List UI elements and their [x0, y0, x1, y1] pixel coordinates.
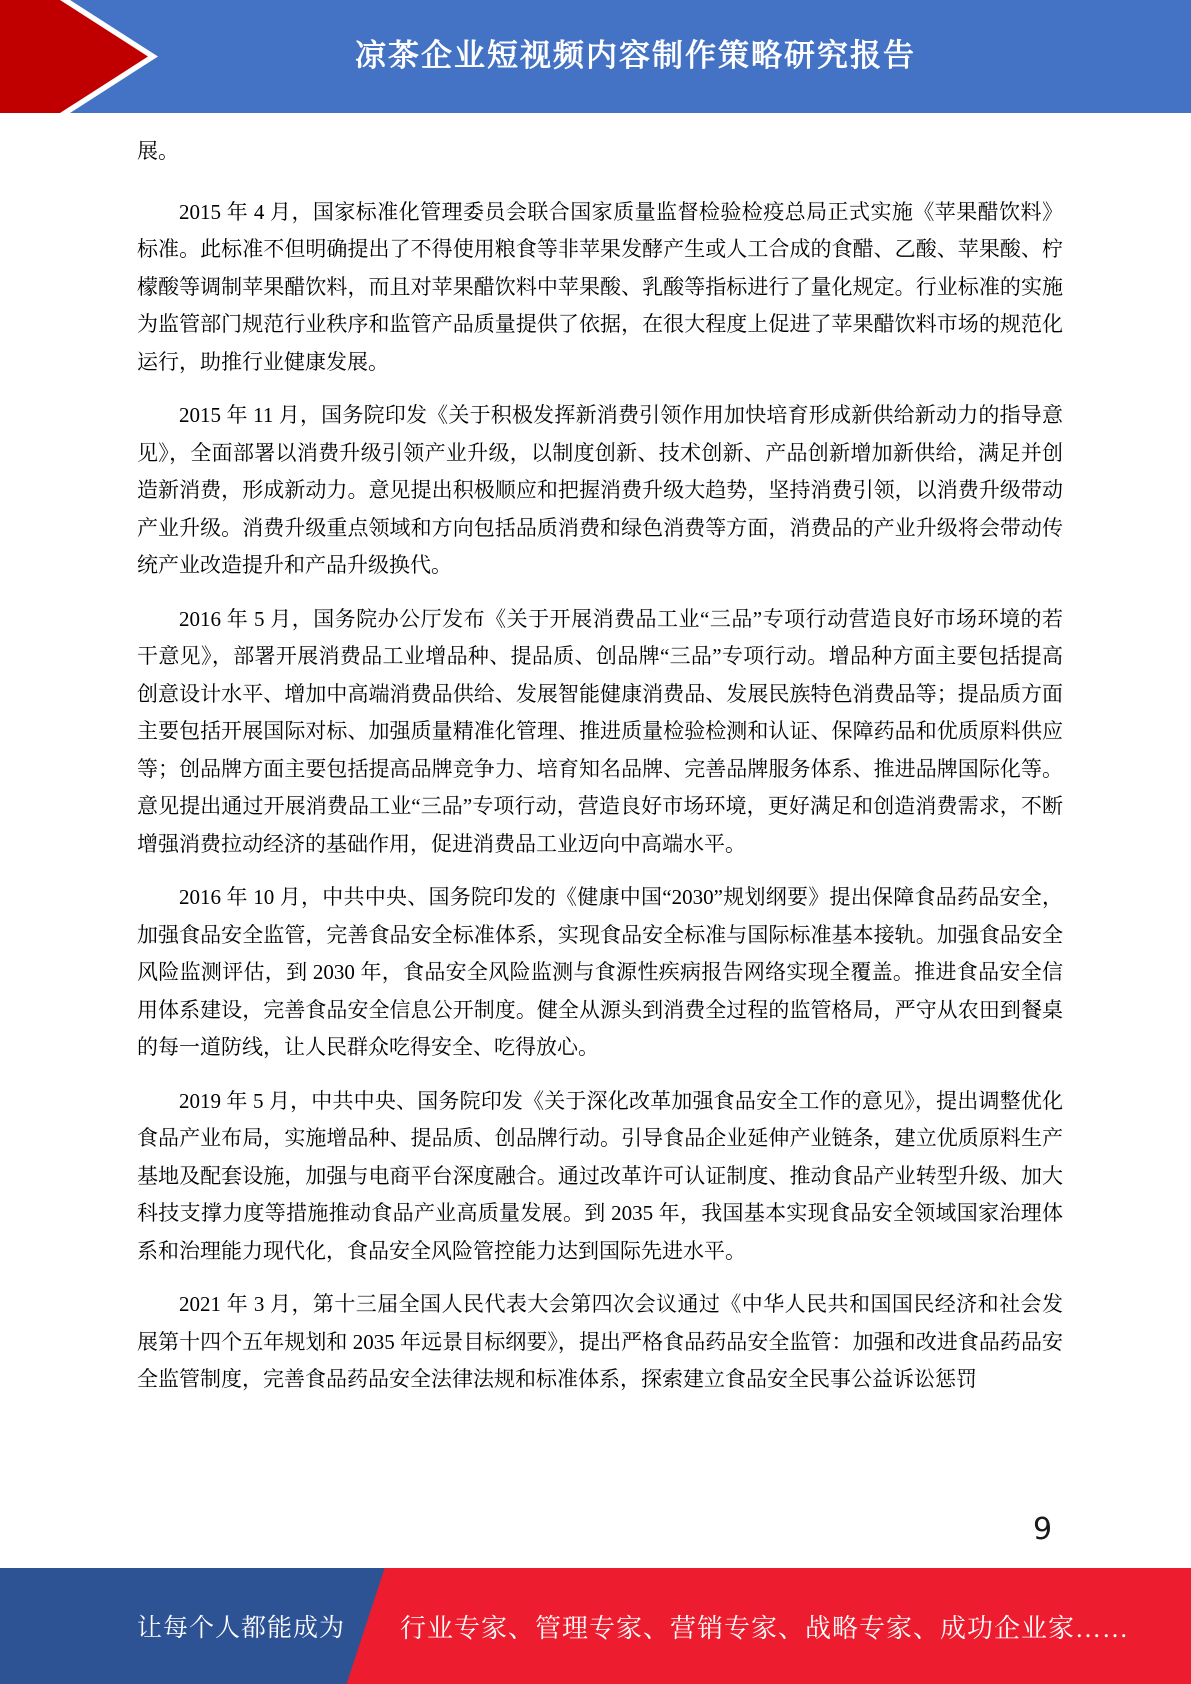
- body-paragraph-continuation: 展。: [137, 133, 1063, 171]
- body-paragraph: 2016 年 10 月，中共中央、国务院印发的《健康中国“2030”规划纲要》提…: [137, 879, 1063, 1067]
- report-title: 凉茶企业短视频内容制作策略研究报告: [170, 30, 1101, 75]
- document-body: 展。 2015 年 4 月，国家标准化管理委员会联合国家质量监督检验检疫总局正式…: [137, 133, 1063, 1415]
- body-paragraph: 2015 年 4 月，国家标准化管理委员会联合国家质量监督检验检疫总局正式实施《…: [137, 194, 1063, 382]
- footer-slogan-right: 行业专家、管理专家、营销专家、战略专家、成功企业家……: [400, 1568, 1129, 1684]
- footer-band: 让每个人都能成为 行业专家、管理专家、营销专家、战略专家、成功企业家……: [0, 1568, 1191, 1684]
- page-number: 9: [1033, 1512, 1052, 1547]
- body-paragraph: 2019 年 5 月，中共中央、国务院印发《关于深化改革加强食品安全工作的意见》…: [137, 1083, 1063, 1271]
- footer-slogan-left: 让每个人都能成为: [137, 1568, 345, 1684]
- chevron-right-icon: [0, 0, 170, 113]
- body-paragraph: 2016 年 5 月，国务院办公厅发布《关于开展消费品工业“三品”专项行动营造良…: [137, 601, 1063, 864]
- body-paragraph: 2015 年 11 月，国务院印发《关于积极发挥新消费引领作用加快培育形成新供给…: [137, 397, 1063, 585]
- header-band: 凉茶企业短视频内容制作策略研究报告: [0, 0, 1191, 113]
- body-paragraph: 2021 年 3 月，第十三届全国人民代表大会第四次会议通过《中华人民共和国国民…: [137, 1286, 1063, 1399]
